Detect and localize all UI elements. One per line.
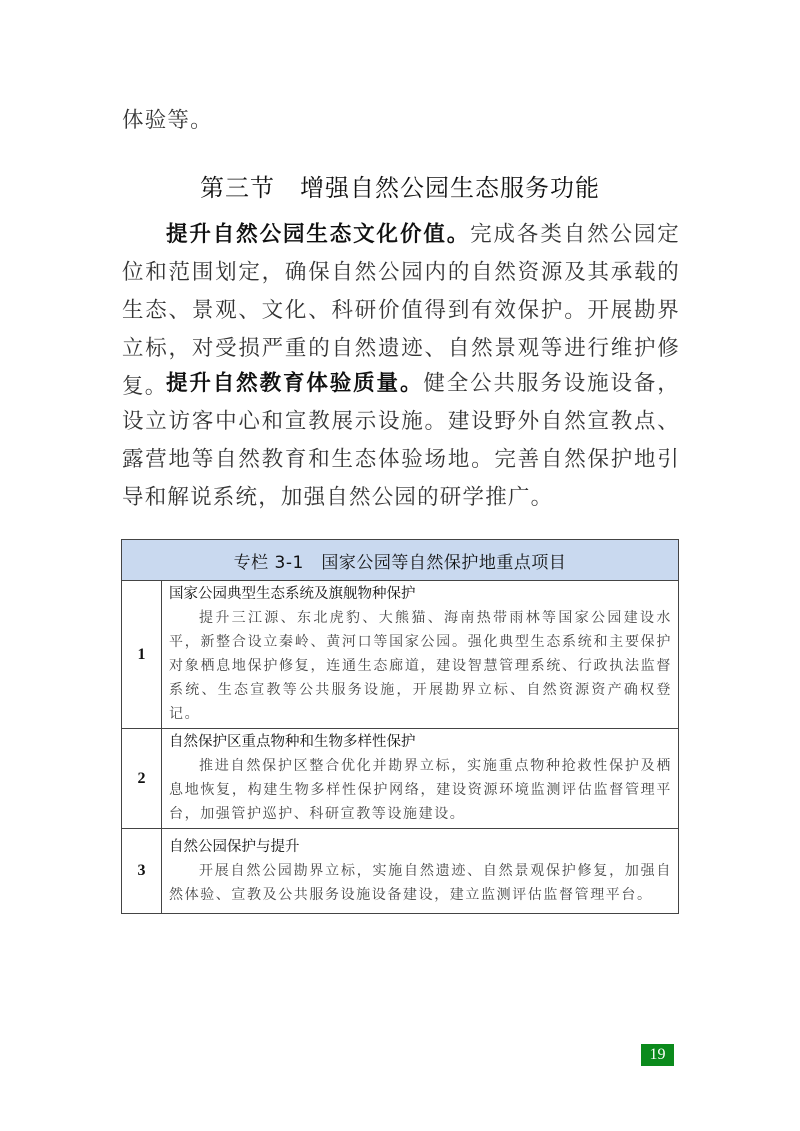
section-title: 第三节 增强自然公园生态服务功能: [0, 168, 800, 203]
table-row: 1 国家公园典型生态系统及旗舰物种保护 提升三江源、东北虎豹、大熊猫、海南热带雨…: [122, 581, 679, 729]
row-content: 自然公园保护与提升 开展自然公园勘界立标，实施自然遗迹、自然景观保护修复，加强自…: [162, 829, 679, 914]
item-title: 自然保护区重点物种和生物多样性保护: [169, 730, 672, 754]
row-number: 3: [122, 829, 162, 914]
paragraph-lead: 提升自然公园生态文化价值。: [166, 222, 470, 247]
paragraph-education-quality: 提升自然教育体验质量。健全公共服务设施设备，设立访客中心和宣教展示设施。建设野外…: [122, 365, 680, 517]
page-number-badge: 19: [641, 1044, 674, 1066]
item-text: 提升三江源、东北虎豹、大熊猫、海南热带雨林等国家公园建设水平，新整合设立秦岭、黄…: [169, 606, 672, 726]
item-text: 推进自然保护区整合优化并勘界立标，实施重点物种抢救性保护及栖息地恢复，构建生物多…: [169, 754, 672, 826]
item-title: 国家公园典型生态系统及旗舰物种保护: [169, 582, 672, 606]
row-content: 自然保护区重点物种和生物多样性保护 推进自然保护区整合优化并勘界立标，实施重点物…: [162, 729, 679, 829]
paragraph-lead: 提升自然教育体验质量。: [166, 371, 423, 396]
row-number: 1: [122, 581, 162, 729]
continuation-text: 体验等。: [122, 102, 680, 140]
key-projects-box: 专栏 3-1 国家公园等自然保护地重点项目 1 国家公园典型生态系统及旗舰物种保…: [121, 539, 679, 914]
row-number: 2: [122, 729, 162, 829]
item-text: 开展自然公园勘界立标，实施自然遗迹、自然景观保护修复，加强自然体验、宣教及公共服…: [169, 859, 672, 907]
box-title: 专栏 3-1 国家公园等自然保护地重点项目: [122, 540, 679, 581]
table-row: 2 自然保护区重点物种和生物多样性保护 推进自然保护区整合优化并勘界立标，实施重…: [122, 729, 679, 829]
table-row: 3 自然公园保护与提升 开展自然公园勘界立标，实施自然遗迹、自然景观保护修复，加…: [122, 829, 679, 914]
item-title: 自然公园保护与提升: [169, 835, 672, 859]
row-content: 国家公园典型生态系统及旗舰物种保护 提升三江源、东北虎豹、大熊猫、海南热带雨林等…: [162, 581, 679, 729]
